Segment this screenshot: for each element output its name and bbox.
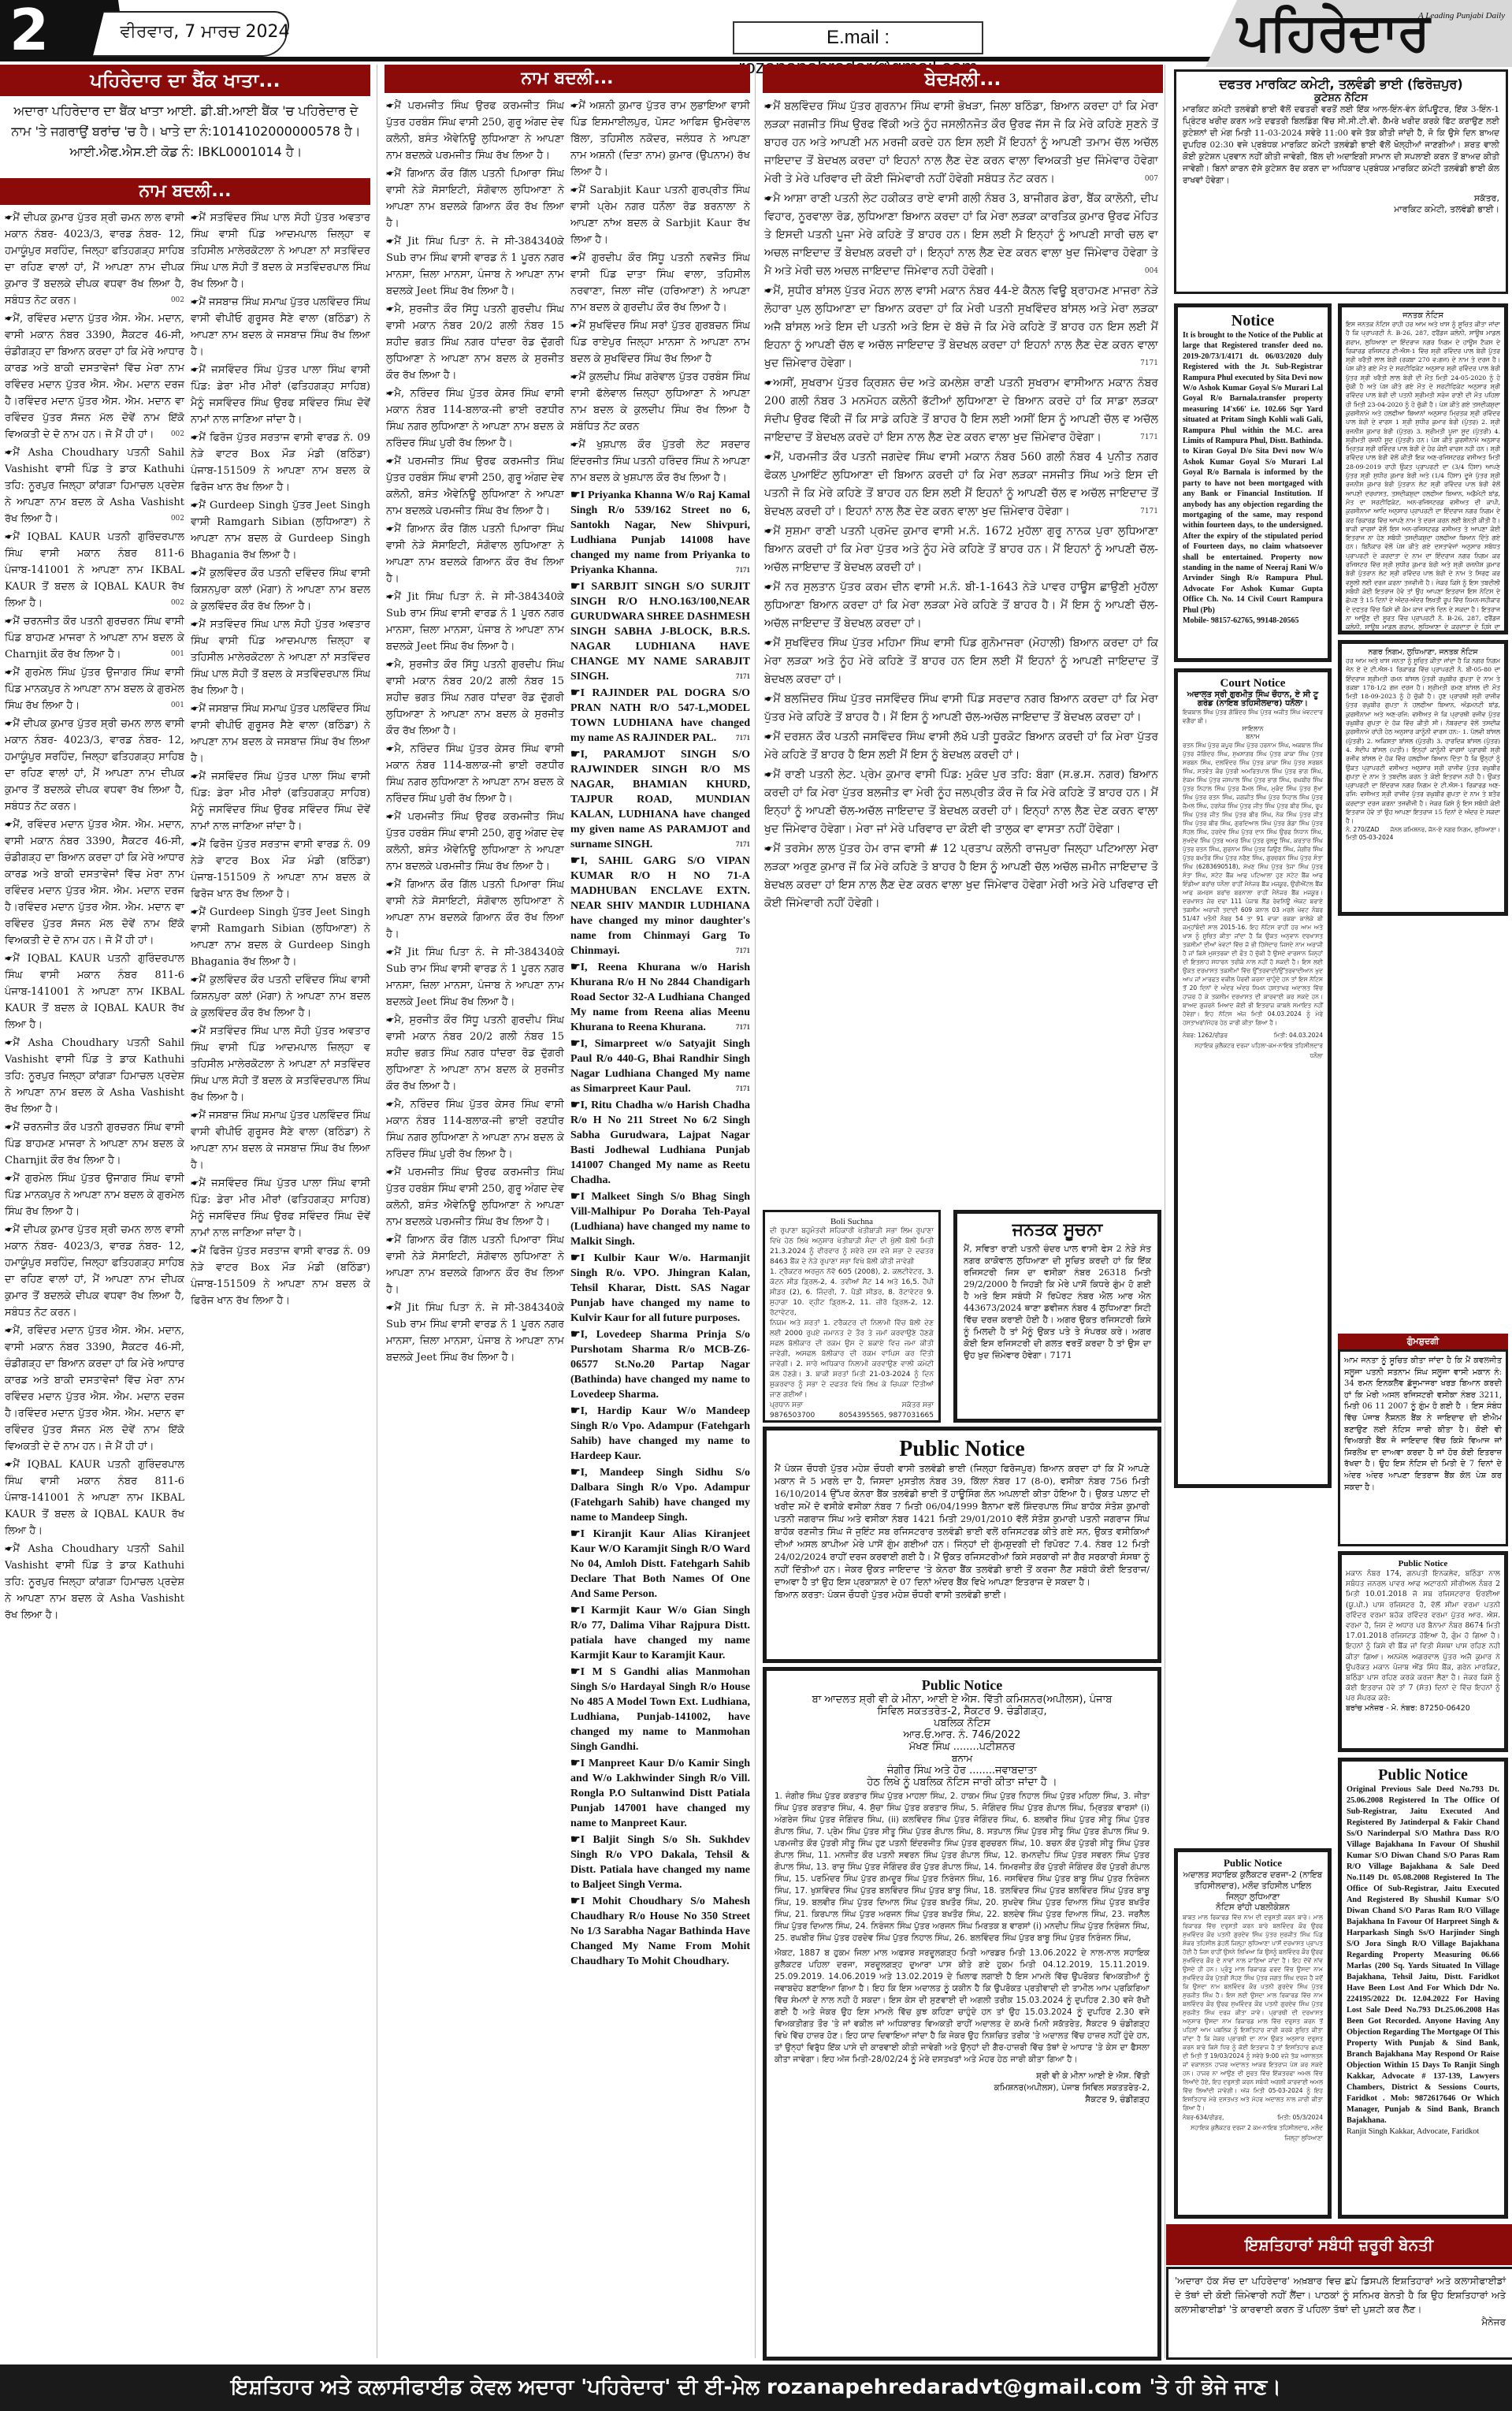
petitioner-label: ਸਾਇਲਾਨ <box>1183 725 1323 733</box>
notice-items: 1. ਟ੍ਰੈਕਟਰ ਅਰਜੁਨ ਨੋਵੋ 605 (2008), 2. ਕਲਟ… <box>770 1267 934 1319</box>
quotation-notice: ਦਫਤਰ ਮਾਰਕਿਟ ਕਮੇਟੀ, ਤਲਵੰਡੀ ਭਾਈ (ਫਿਰੋਜ਼ਪੁਰ… <box>1174 69 1508 294</box>
list-item: ਮੈਂ ਗੁਰਮੇਲ ਸਿੰਘ ਪੁੱਤਰ ਉਜਾਗਰ ਸਿੰਘ ਵਾਸੀ ਪਿ… <box>5 1170 184 1220</box>
list-item: I, SAHIL GARG S/O VIPAN KUMAR R/O H NO 7… <box>570 854 750 958</box>
public-notice-pankaj: Public Notice ਮੈਂ ਪੰਕਜ ਚੌਧਰੀ ਪੁੱਤਰ ਮਹੇਸ਼… <box>763 1427 1161 1663</box>
notice-subtitle: ਨੋਟਿਸ ਰਾਂਹੀ ਪਬਲੀਕੇਸ਼ਨ <box>1183 1903 1323 1913</box>
list-item: ਮੈਂ Asha Choudhary ਪਤਨੀ Sahil Vashisht ਵ… <box>5 1541 184 1624</box>
list-item: ਮੈਂ ਦੀਪਕ ਕੁਮਾਰ ਪੁੱਤਰ ਸ਼੍ਰੀ ਚਮਨ ਲਾਲ ਵਾਸੀ … <box>5 210 184 309</box>
newspaper-tagline: A Leading Punjabi Daily <box>1418 11 1505 20</box>
list-item: I, Hardip Kaur W/o Mandeep Singh R/o Vpo… <box>570 1404 750 1464</box>
list-item: ਮੈਂ ਗਿਆਨ ਕੌਰ ਗਿੱਲ ਪਤਨੀ ਪਿਆਰਾ ਸਿੰਘ ਵਾਸੀ ਨ… <box>386 876 564 943</box>
notice-title: Public Notice <box>1346 1559 1500 1568</box>
contact-number: ਬਰਾਂਚ ਮਨੇਜ਼ਰ - ਮੋ. ਨੰਬਰ: 87250-06420 <box>1346 1704 1500 1713</box>
list-item: ਮੈਂ ਗਿਆਨ ਕੌਰ ਗਿੱਲ ਪਤਨੀ ਪਿਆਰਾ ਸਿੰਘ ਵਾਸੀ ਨ… <box>386 1232 564 1298</box>
list-item: ਮੈ ਆਸ਼ਾ ਰਾਣੀ ਪਤਨੀ ਲੇਟ ਹਕੀਕਤ ਰਾਏ ਵਾਸੀ ਗਲੀ… <box>764 190 1158 281</box>
notice-signature: Ranjit Singh Kakkar, Advocate, Faridkot <box>1347 2126 1499 2138</box>
contact-email[interactable]: E.mail : rozanapehredar@gmail.com <box>733 21 983 54</box>
bank-account-heading: ਪਹਿਰੇਦਾਰ ਦਾ ਬੈਂਕ ਖਾਤਾ... <box>0 65 370 96</box>
list-item: ਮੈਂ ਜਸਬਾਜ਼ ਸਿੰਘ ਸਮਾਘ ਪੁੱਤਰ ਪਲਵਿੰਦਰ ਸਿੰਘ … <box>191 1107 370 1174</box>
list-item: ਮੈਂ ਸੁਖਵਿੰਦਰ ਸਿੰਘ ਸਰਾਂ ਪੁੱਤਰ ਗੁਰਬਚਨ ਸਿੰਘ… <box>570 318 750 367</box>
list-item: ਮੈਂ ਚਰਨਜੀਤ ਕੌਰ ਪਤਨੀ ਗੁਰਚਰਨ ਸਿੰਘ ਵਾਸੀ ਪਿੰ… <box>5 1119 184 1169</box>
list-item: ਮੈਂ ਨਰ ਸੁਲਤਾਨ ਪੁੱਤਰ ਕਰਮ ਦੀਨ ਵਾਸੀ ਮ.ਨੰ. ਬ… <box>764 579 1158 633</box>
notice-mobile: Mobile- 98157-62765, 99148-20565 <box>1183 616 1323 626</box>
list-item: I Manpreet Kaur D/o Kamir Singh and W/o … <box>570 1756 750 1831</box>
list-item: ਮੈਂ ਦੀਪਕ ਕੁਮਾਰ ਪੁੱਤਰ ਸ਼੍ਰੀ ਚਮਨ ਲਾਲ ਵਾਸੀ … <box>5 1222 184 1321</box>
column-divider <box>377 65 377 2358</box>
list-item: ਮੈਂ Asha Choudhary ਪਤਨੀ Sahil Vashisht ਵ… <box>5 1035 184 1118</box>
notice-sign: ਜੋਨਲ ਕਮਿਸ਼ਨਰ, ਜੋਨ-ਏ ਨਗਰ ਨਿਗਮ, ਲੁਧਿਆਣਾ। <box>1390 826 1500 834</box>
notice-title: Boli Suchna <box>770 1217 934 1226</box>
notice-terms: ਨਿਯਮ ਅਤੇ ਸ਼ਰਤਾਂ 1. ਟਰੈਕਟਰ ਦੀ ਨਿਲਾਮੀ ਵਿੱਚ… <box>770 1319 934 1401</box>
list-item: ਮੈ, ਨਰਿੰਦਰ ਸਿੰਘ ਪੁੱਤਰ ਕੇਸਰ ਸਿੰਘ ਵਾਸੀ ਮਕਾ… <box>386 741 564 807</box>
list-item: I Malkeet Singh S/o Bhag Singh Vill-Malh… <box>570 1189 750 1249</box>
list-item: I RAJINDER PAL DOGRA S/O PRAN NATH R/O 5… <box>570 686 750 746</box>
list-item: ਮੈਂ ਬਲਵਿੰਦਰ ਸਿੰਘ ਪੁੱਤਰ ਗੁਰਨਾਮ ਸਿੰਘ ਵਾਸੀ … <box>764 98 1158 188</box>
name-change-left-list: ਮੈਂ ਦੀਪਕ ਕੁਮਾਰ ਪੁੱਤਰ ਸ਼੍ਰੀ ਚਮਨ ਲਾਲ ਵਾਸੀ … <box>5 210 184 2353</box>
list-item: ਮੈਂ Asha Choudhary ਪਤਨੀ Sahil Vashisht ਵ… <box>5 445 184 527</box>
notice-body: ਮਾਰਕਿਟ ਕਮੇਟੀ ਤਲਵੰਡੀ ਭਾਈ ਵੱਲੋਂ ਦਫਤਰੀ ਵਰਤੋ… <box>1183 104 1499 187</box>
notice-signature: ਸਹਾਇਕ ਕੁਲੈਕਟਰ ਦਰਜਾ ਪਹਿਲਾ-ਕਮ-ਨਾਇਬ ਤਹਿਸੀਲਦ… <box>1183 1040 1323 1061</box>
notice-date: ਮਿਤੀ: 04.03.2024 <box>1274 1030 1323 1040</box>
bank-account-body: ਅਦਾਰਾ ਪਹਿਰੇਦਾਰ ਦਾ ਬੈਂਕ ਖਾਤਾ ਆਈ. ਡੀ.ਬੀ.ਆਈ… <box>6 101 366 162</box>
list-item: I M S Gandhi alias Manmohan Singh S/o Ha… <box>570 1665 750 1754</box>
name-change-left-list-col2: ਮੈਂ ਸਤਵਿੰਦਰ ਸਿੰਘ ਪਾਲ ਸੋਹੀ ਪੁੱਤਰ ਅਵਤਾਰ ਸਿ… <box>191 210 370 2353</box>
list-item: I, Ritu Chadha w/o Harish Chadha R/o H N… <box>570 1098 750 1188</box>
name-change-center-list-col2: ਮੈਂ ਅਸ਼ਨੀ ਕੁਮਾਰ ਪੁੱਤਰ ਰਾਮ ਲੁਭਾਇਆ ਵਾਸੀ ਪਿ… <box>570 98 750 2352</box>
notice-date: ਮਿਤੀ: 05/3/2024 <box>1277 2112 1323 2123</box>
list-item: ਮੈਂ Jit ਸਿੰਘ ਪਿਤਾ ਨੰ. ਜੇ ਸੀ-384340ਕੇ Sub… <box>386 944 564 1010</box>
notice-body: ਮਕਾਨ ਨੰਬਰ 174, ਗਨਪਤੀ ਇਨਕਲੇਵ, ਬਠਿੰਡਾ ਨਾਲ … <box>1346 1568 1500 1704</box>
list-item: ਮੈਂ Jit ਸਿੰਘ ਪਿਤਾ ਨੰ. ਜੇ ਸੀ-384340ਕੇ Sub… <box>386 233 564 300</box>
notice-title: Court Notice <box>1183 677 1323 690</box>
name-change-left-heading: ਨਾਮ ਬਦਲੀ... <box>0 178 370 205</box>
list-item: ਮੈ, ਸੁਰਜੀਤ ਕੌਰ ਸਿੱਧੂ ਪਤਨੀ ਗੁਰਦੀਪ ਸਿੰਘ ਵਾ… <box>386 657 564 739</box>
list-item: ਮੈਂ IQBAL KAUR ਪਤਨੀ ਗੁਰਿੰਦਰਪਾਲ ਸਿੰਘ ਵਾਸੀ… <box>5 529 184 612</box>
public-notice-bajakhana: Public Notice Original Previous Sale Dee… <box>1338 1758 1508 2219</box>
column-divider <box>1165 65 1165 2358</box>
list-item: ਮੈਂ ਜਸਵਿੰਦਰ ਸਿੰਘ ਪੁੱਤਰ ਪਾਲਾ ਸਿੰਘ ਵਾਸੀ ਪਿ… <box>191 362 370 428</box>
reference: ਨੰਬਰ-634/ਰੀਡਰ, <box>1183 2112 1224 2123</box>
notice-body: ਮੈਂ, ਸਵਿਤਾ ਰਾਣੀ ਪਤਨੀ ਚੰਦਰ ਪਾਲ ਵਾਸੀ ਫੇਸ 2… <box>964 1243 1151 1361</box>
notice-body: ਮੈਂ ਪੰਕਜ ਚੌਧਰੀ ਪੁੱਤਰ ਮਹੇਸ਼ ਚੌਧਰੀ ਵਾਸੀ ਤਲ… <box>775 1462 1150 1588</box>
masthead-rule <box>0 57 1229 61</box>
notice-title: Public Notice <box>775 1437 1150 1462</box>
sign-right: ਸਕੱਤਰ ਸਭਾ <box>902 1401 934 1411</box>
issue-date: ਵੀਰਵਾਰ, 7 ਮਾਰਚ 2024 <box>118 22 292 42</box>
notice-body: Original Previous Sale Deed No.793 Dt. 2… <box>1347 1784 1499 2126</box>
list-item: ਮੈਂ ਸੁਸ਼ਮਾ ਰਾਣੀ ਪਤਨੀ ਪ੍ਰਮੋਦ ਕੁਮਾਰ ਵਾਸੀ ਮ… <box>764 523 1158 577</box>
list-item: ਮੈ, ਸੁਰਜੀਤ ਕੌਰ ਸਿੱਧੂ ਪਤਨੀ ਗੁਰਦੀਪ ਸਿੰਘ ਵਾ… <box>386 301 564 384</box>
notice-title: ਜਨਤਕ ਨੋਟਿਸ <box>1346 311 1500 320</box>
notice-title: ਨਗਰ ਨਿਗਮ, ਲੁਧਿਆਣਾ, ਜਨਤਕ ਨੋਟਿਸ <box>1346 648 1500 657</box>
list-item: ਮੈਂ ਬਲਜਿੰਦਰ ਸਿੰਘ ਪੁੱਤਰ ਜਸਵਿੰਦਰ ਸਿੰਘ ਵਾਸੀ… <box>764 690 1158 727</box>
court-name: ਅਦਾਲਤ ਸਹਾਇਕ ਕੁਲੈਕਟਰ ਦਰਜਾ-2 (ਨਾਇਬ ਤਹਿਸੀਲਦ… <box>1183 1870 1323 1903</box>
list-item: ਮੈਂ ਪਰਮਜੀਤ ਸਿੰਘ ਉਰਫ ਕਰਮਜੀਤ ਸਿੰਘ ਪੁੱਤਰ ਹਰ… <box>386 453 564 519</box>
notice-english: Notice It is brought to the Notice of th… <box>1174 303 1332 662</box>
notice-date: ਮਿਤੀ 05-03-2024 <box>1346 834 1500 842</box>
list-item: ਮੈਂ, ਪਰਮਜੀਤ ਕੌਰ ਪਤਨੀ ਜਗਦੇਵ ਸਿੰਘ ਵਾਸੀ ਮਕਾ… <box>764 448 1158 521</box>
notice-title: Public Notice <box>1347 1766 1499 1784</box>
list-item: I Baljit Singh S/o Sh. Sukhdev Singh R/o… <box>570 1832 750 1892</box>
court-address: ਸਿਵਿਲ ਸਕਤਤਰੇਤ-2, ਸੈਕਟਰ 9. ਚੰਡੀਗੜ੍ਹ, <box>775 1706 1150 1717</box>
notice-signature: ਬਿਆਨ ਕਰਤਾ: ਪੰਕਜ ਚੌਧਰੀ ਪੁੱਤਰ ਮਹੇਸ਼ ਚੌਧਰੀ … <box>775 1588 1150 1601</box>
list-item: ਮੈ, ਨਰਿੰਦਰ ਸਿੰਘ ਪੁੱਤਰ ਕੇਸਰ ਸਿੰਘ ਵਾਸੀ ਮਕਾ… <box>386 385 564 452</box>
list-item: ਮੈਂ ਜਸਬਾਜ਼ ਸਿੰਘ ਸਮਾਘ ਪੁੱਤਰ ਪਲਵਿੰਦਰ ਸਿੰਘ … <box>191 701 370 767</box>
notice-subtitle: ਪਬਲਿਕ ਨੋਟਿਸ <box>775 1717 1150 1729</box>
list-item: ਮੈਂ ਪਰਮਜੀਤ ਸਿੰਘ ਉਰਫ ਕਰਮਜੀਤ ਸਿੰਘ ਪੁੱਤਰ ਹਰ… <box>386 809 564 875</box>
list-item: ਮੈ, ਸੁਰਜੀਤ ਕੌਰ ਸਿੱਧੂ ਪਤਨੀ ਗੁਰਦੀਪ ਸਿੰਘ ਵਾ… <box>386 1012 564 1095</box>
list-item: ਮੈਂ ਪਰਮਜੀਤ ਸਿੰਘ ਉਰਫ ਕਰਮਜੀਤ ਸਿੰਘ ਪੁੱਤਰ ਹਰ… <box>386 1164 564 1230</box>
versus: ਬਨਾਮ <box>1183 733 1323 741</box>
list-item: ਮੈਂ Jit ਸਿੰਘ ਪਿਤਾ ਨੰ. ਜੇ ਸੀ-384340ਕੇ Sub… <box>386 1300 564 1366</box>
list-item: ਮੈਂ ਅਸ਼ਨੀ ਕੁਮਾਰ ਪੁੱਤਰ ਰਾਮ ਲੁਭਾਇਆ ਵਾਸੀ ਪਿ… <box>570 98 750 180</box>
list-item: I, PARAMJOT SINGH S/O RAJWINDER SINGH R/… <box>570 747 750 852</box>
versus: ਬਨਾਮ <box>775 1753 1150 1765</box>
list-item: ਮੈਂ ਗੁਰਦੀਪ ਕੌਰ ਸਿੱਧੂ ਪਤਨੀ ਨਵਜੋਤ ਸਿੰਘ ਵਾਸ… <box>570 250 750 316</box>
list-item: ਮੈ, ਨਰਿੰਦਰ ਸਿੰਘ ਪੁੱਤਰ ਕੇਸਰ ਸਿੰਘ ਵਾਸੀ ਮਕਾ… <box>386 1096 564 1163</box>
respondent: ਜੰਗੀਰ ਸਿੰਘ ਅਤੇ ਹੋਰ ........ਜਵਾਬਦਾਤਾ <box>775 1765 1150 1777</box>
list-item: ਮੈਂ ਫਿਰੋਜ ਪੁੱਤਰ ਸਰਤਾਜ ਵਾਸੀ ਵਾਰਡ ਨੰ. 09 ਨ… <box>191 1243 370 1309</box>
notice-title: Notice <box>1183 312 1323 330</box>
list-item: ਮੈਂ ਸੁਖਵਿੰਦਰ ਸਿੰਘ ਪੁੱਤਰ ਮਹਿਮਾ ਸਿੰਘ ਵਾਸੀ … <box>764 634 1158 689</box>
list-item: ਮੈਂ, ਸੁਧੀਰ ਬਾਂਸਲ ਪੁੱਤਰ ਮੋਹਨ ਲਾਲ ਵਾਸੀ ਮਕਾ… <box>764 282 1158 373</box>
notice-body: 'ਅਦਾਰਾ ਹੱਕ ਸੱਚ ਦਾ ਪਹਿਰੇਦਾਰ' ਅਖ਼ਬਾਰ ਵਿਚ ਛ… <box>1175 2274 1506 2316</box>
phone-left: 9876503700 <box>770 1411 815 1421</box>
name-change-center-heading: ਨਾਮ ਬਦਲੀ... <box>385 65 750 93</box>
list-item: ਮੈਂ ਤਰਸੇਮ ਲਾਲ ਪੁੱਤਰ ਹੇਮ ਰਾਜ ਵਾਸੀ # 12 ਪ੍… <box>764 840 1158 913</box>
list-item: ਮੈਂ ਕੁਲਵਿੰਦਰ ਕੌਰ ਪਤਨੀ ਦਵਿੰਦਰ ਸਿੰਘ ਵਾਸੀ ਕ… <box>191 565 370 615</box>
column-divider <box>755 65 756 2358</box>
phone-right: 8054395565, 9877031665 <box>839 1411 934 1421</box>
petitioner: ਮੱਖਣ ਸਿੰਘ ........ਪਟੀਸ਼ਨਰ <box>775 1741 1150 1753</box>
notice-signature: ਸ਼੍ਰੀ ਵੀ ਕੇ ਮੀਨਾ ਆਈ ਏ ਐਸ. ਵਿੱਤੀ ਕਮਿਸ਼ਨਰ(… <box>992 2071 1150 2106</box>
notice-title: Public Notice <box>1183 1857 1323 1870</box>
public-information-notice: ਜਨਤਕ ਸੂਚਨਾ ਮੈਂ, ਸਵਿਤਾ ਰਾਣੀ ਪਤਨੀ ਚੰਦਰ ਪਾਲ… <box>953 1210 1161 1423</box>
list-item: I Kulbir Kaur W/o. Harmanjit Singh R/o. … <box>570 1251 750 1326</box>
list-item: ਮੈਂ ਸਤਵਿੰਦਰ ਸਿੰਘ ਪਾਲ ਸੋਹੀ ਪੁੱਤਰ ਅਵਤਾਰ ਸਿ… <box>191 616 370 699</box>
name-change-center-list: ਮੈਂ ਪਰਮਜੀਤ ਸਿੰਘ ਉਰਫ ਕਰਮਜੀਤ ਸਿੰਘ ਪੁੱਤਰ ਹਰ… <box>386 98 564 2352</box>
notice-intro: ਹੇਠ ਲਿਖੇ ਨੂੰ ਪਬਲਿਕ ਨੋਟਿਸ ਜਾਰੀ ਕੀਤਾ ਜਾਂਦਾ… <box>775 1777 1150 1788</box>
notice-subtitle: ਕੁਟੇਸ਼ਨ ਨੋਟਿਸ <box>1183 92 1499 104</box>
list-item: ਮੈਂ IQBAL KAUR ਪਤਨੀ ਗੁਰਿੰਦਰਪਾਲ ਸਿੰਘ ਵਾਸੀ… <box>5 951 184 1033</box>
ad-disclaimer-heading: ਇਸ਼ਤਿਹਾਰਾਂ ਸਬੰਧੀ ਜ਼ਰੂਰੀ ਬੇਨਤੀ <box>1166 2224 1512 2265</box>
list-item: ਮੈਂ, ਰਵਿੰਦਰ ਮਦਾਨ ਪੁੱਤਰ ਐਸ. ਐਮ. ਮਦਾਨ, ਵਾਸ… <box>5 311 184 443</box>
list-item: ਮੈਂ Sarabjit Kaur ਪਤਨੀ ਗੁਰਪ੍ਰੀਤ ਸਿੰਘ ਵਾਸ… <box>570 182 750 248</box>
public-notice-ganpati: Public Notice ਮਕਾਨ ਨੰਬਰ 174, ਗਨਪਤੀ ਇਨਕਲੇ… <box>1338 1551 1508 1752</box>
reference: ਨੰਬਰ: 1262/ਰੀਡਰ <box>1183 1030 1228 1040</box>
list-item: ਮੈਂ Jit ਸਿੰਘ ਪਿਤਾ ਨੰ. ਜੇ ਸੀ-384340ਕੇ Sub… <box>386 589 564 655</box>
list-item: I, Reena Khurana w/o Harish Khurana R/o … <box>570 960 750 1035</box>
list-item: ਮੈਂ Gurdeep Singh ਪੁੱਤਰ Jeet Singh ਵਾਸੀ … <box>191 497 370 564</box>
public-notice-malaud: Public Notice ਅਦਾਲਤ ਸਹਾਇਕ ਕੁਲੈਕਟਰ ਦਰਜਾ-2… <box>1174 1848 1332 2219</box>
list-item: I Mohit Choudhary S/o Mahesh Chaudhary R… <box>570 1894 750 1969</box>
list-item: I SARBJIT SINGH S/O SURJIT SINGH R/O H.N… <box>570 579 750 684</box>
disinheritance-list: ਮੈਂ ਬਲਵਿੰਦਰ ਸਿੰਘ ਪੁੱਤਰ ਗੁਰਨਾਮ ਸਿੰਘ ਵਾਸੀ … <box>764 98 1158 1209</box>
sign-left: ਪ੍ਰਧਾਨ ਸਭਾ <box>770 1401 803 1411</box>
list-item: ਮੈਂ ਗੁਰਮੇਲ ਸਿੰਘ ਪੁੱਤਰ ਉਜਾਗਰ ਸਿੰਘ ਵਾਸੀ ਪਿ… <box>5 664 184 714</box>
list-item: ਮੈਂ IQBAL KAUR ਪਤਨੀ ਗੁਰਿੰਦਰਪਾਲ ਸਿੰਘ ਵਾਸੀ… <box>5 1457 184 1539</box>
notice-body: ਇਸ ਜਨਤਕ ਨੋਟਿਸ ਰਾਹੀ ਹਰ ਆਮ ਅਤੇ ਖਾਸ ਨੂੰ ਸੂਚ… <box>1346 320 1500 634</box>
reference: ਨੰ. 270/ZAD <box>1346 826 1379 834</box>
list-item: ਮੈਂ ਕੁਲਵਿੰਦਰ ਕੌਰ ਪਤਨੀ ਦਵਿੰਦਰ ਸਿੰਘ ਵਾਸੀ ਕ… <box>191 972 370 1021</box>
notice-title: ਦਫਤਰ ਮਾਰਕਿਟ ਕਮੇਟੀ, ਤਲਵੰਡੀ ਭਾਈ (ਫਿਰੋਜ਼ਪੁਰ… <box>1183 76 1499 92</box>
notice-signature: ਸਹਾਇਕ ਕੁਲੈਕਟਰ ਦਰਜਾ 2 ਕਮ-ਨਾਇਬ ਤਹਿਸੀਲਦਾਰ, … <box>1183 2123 1323 2143</box>
notice-sign-1: ਸਕੱਤਰ, <box>1183 193 1499 204</box>
list-item: ਮੈਂ, ਰਵਿੰਦਰ ਮਦਾਨ ਪੁੱਤਰ ਐਸ. ਐਮ. ਮਦਾਨ, ਵਾਸ… <box>5 817 184 949</box>
notice-body: It is brought to the Notice of the Publi… <box>1183 330 1323 616</box>
court-name: ਅਦਾਲਤ ਸ੍ਰੀ ਗੁਰਮੀਤ ਸਿੰਘ ਚੌਹਾਨ, ਏ ਸੀ ਟੂ ਗਰ… <box>1183 690 1323 708</box>
list-item: ਮੈਂ ਚਰਨਜੀਤ ਕੌਰ ਪਤਨੀ ਗੁਰਚਰਨ ਸਿੰਘ ਵਾਸੀ ਪਿੰ… <box>5 613 184 663</box>
lost-registry-notice: ਆਮ ਜਨਤਾ ਨੂੰ ਸੂਚਿਤ ਕੀਤਾ ਜਾਂਦਾ ਹੈ ਕਿ ਮੈਂ ਕ… <box>1338 1349 1508 1546</box>
disinheritance-heading: ਬੇਦਖ਼ਲੀ... <box>763 65 1163 93</box>
public-notice-court: Public Notice ਬਾ ਆਦਲਤ ਸ਼੍ਰੀ ਵੀ ਕੇ ਮੀਨਾ, … <box>763 1667 1161 2361</box>
list-item: ਮੈਂ ਜਸਬਾਜ਼ ਸਿੰਘ ਸਮਾਘ ਪੁੱਤਰ ਪਲਵਿੰਦਰ ਸਿੰਘ … <box>191 294 370 360</box>
notice-sign-2: ਮਾਰਕਿਟ ਕਮੇਟੀ, ਤਲਵੰਡੀ ਭਾਈ। <box>1183 204 1499 215</box>
list-item: I, Simarpreet w/o Satyajit Singh Paul R/… <box>570 1036 750 1096</box>
list-item: ਮੈਂ Gurdeep Singh ਪੁੱਤਰ Jeet Singh ਵਾਸੀ … <box>191 904 370 970</box>
notice-body: ਹਰ ਆਮ ਅਤੇ ਖਾਸ ਜਨਤਾ ਨੂੰ ਸੂਚਿਤ ਕੀਤਾ ਜਾਂਦਾ … <box>1346 657 1500 826</box>
page-number: 2 <box>9 0 49 63</box>
notice-body: ਦੀ ਰੁਪਾਣਾ ਬਹੁਮੰਤਵੀ ਸਹਿਕਾਰੀ ਖੇਤੀਬਾੜੀ ਸਭਾ … <box>770 1226 934 1267</box>
list-item: ਮੈਂ ਦਰਸ਼ਨ ਕੌਰ ਪਤਨੀ ਜਸਵਿੰਦਰ ਸਿੰਘ ਵਾਸੀ ਲੱਖ… <box>764 728 1158 765</box>
list-item: ਮੈਂ, ਰਵਿੰਦਰ ਮਦਾਨ ਪੁੱਤਰ ਐਸ. ਐਮ. ਮਦਾਨ, ਵਾਸ… <box>5 1323 184 1455</box>
list-item: I Priyanka Khanna W/o Raj Kamal Singh R/… <box>570 488 750 578</box>
notice-title: ਜਨਤਕ ਸੂਚਨਾ <box>964 1220 1151 1240</box>
list-item: ਅਸੀਂ, ਸੁਖਰਾਮ ਪੁੱਤਰ ਕ੍ਰਿਸ਼ਨ ਚੰਦ ਅਤੇ ਕਮਲੇਸ… <box>764 374 1158 447</box>
list-item: ਮੈਂ ਸਤਵਿੰਦਰ ਸਿੰਘ ਪਾਲ ਸੋਹੀ ਪੁੱਤਰ ਅਵਤਾਰ ਸਿ… <box>191 210 370 292</box>
notice-body: ਐਕਟ, 1887 ਬ ਹੁਕਮ ਜਿਲਾ ਮਾਲ ਅਫਸਰ ਸਰਦੂਲਗੜ੍ਹ… <box>775 1948 1150 2066</box>
list-item: ਮੈਂ ਕੁਲਦੀਪ ਸਿੰਘ ਗਰੇਵਾਲ ਪੁੱਤਰ ਹਰਬੰਸ ਸਿੰਘ … <box>570 369 750 435</box>
notice-body: ਆਮ ਜਨਤਾ ਨੂੰ ਸੂਚਿਤ ਕੀਤਾ ਜਾਂਦਾ ਹੈ ਕਿ ਮੈਂ ਕ… <box>1344 1356 1502 1494</box>
list-item: ਮੈਂ ਖੁਸ਼ਪਾਲ ਕੌਰ ਪੁੱਤਰੀ ਲੇਟ ਸਰਦਾਰ ਇੰਦਰਜੀਤ… <box>570 437 750 486</box>
list-item: ਮੈਂ ਪਰਮਜੀਤ ਸਿੰਘ ਉਰਫ ਕਰਮਜੀਤ ਸਿੰਘ ਪੁੱਤਰ ਹਰ… <box>386 98 564 164</box>
list-item: ਮੈਂ ਰਾਣੀ ਪਤਨੀ ਲੇਟ. ਪ੍ਰੇਮ ਕੁਮਾਰ ਵਾਸੀ ਪਿੰਡ… <box>764 766 1158 839</box>
list-item: ਮੈਂ ਜਸਵਿੰਦਰ ਸਿੰਘ ਪੁੱਤਰ ਪਾਲਾ ਸਿੰਘ ਵਾਸੀ ਪਿ… <box>191 768 370 835</box>
list-item: ਮੈਂ ਫਿਰੋਜ ਪੁੱਤਰ ਸਰਤਾਜ ਵਾਸੀ ਵਾਰਡ ਨੰ. 09 ਨ… <box>191 836 370 902</box>
respondent-list: 1. ਜੰਗੀਰ ਸਿੰਘ ਪੁੱਤਰ ਕਰਤਾਰ ਸਿੰਘ ਪੁੱਤਰ ਮਾਹ… <box>775 1791 1150 1944</box>
list-item: ਮੈਂ ਗਿਆਨ ਕੌਰ ਗਿੱਲ ਪਤਨੀ ਪਿਆਰਾ ਸਿੰਘ ਵਾਸੀ ਨ… <box>386 521 564 587</box>
public-notice-ludhiana-b05: ਨਗਰ ਨਿਗਮ, ਲੁਧਿਆਣਾ, ਜਨਤਕ ਨੋਟਿਸ ਹਰ ਆਮ ਅਤੇ … <box>1338 640 1508 916</box>
lost-registry-heading: ਗੁੰਮਸ਼ੁਦਗੀ <box>1338 1334 1508 1349</box>
list-item: ਮੈਂ ਦੀਪਕ ਕੁਮਾਰ ਪੁੱਤਰ ਸ਼੍ਰੀ ਚਮਨ ਲਾਲ ਵਾਸੀ … <box>5 716 184 815</box>
list-item: I Kiranjit Kaur Alias Kiranjeet Kaur W/O… <box>570 1527 750 1602</box>
notice-body: ਬਾਬਤ ਮਾਲ ਰਿਕਾਰਡ ਵਿੱਚ ਨਾਮ ਦੀ ਦਰੁਸਤੀ ਕਰਨ ਬ… <box>1183 1913 1323 2112</box>
court-notice: Court Notice ਅਦਾਲਤ ਸ੍ਰੀ ਗੁਰਮੀਤ ਸਿੰਘ ਚੌਹਾ… <box>1174 668 1332 1488</box>
notice-signature: ਮੈਨੇਜਰ <box>1175 2316 1506 2328</box>
list-item: ਮੈਂ ਸਤਵਿੰਦਰ ਸਿੰਘ ਪਾਲ ਸੋਹੀ ਪੁੱਤਰ ਅਵਤਾਰ ਸਿ… <box>191 1023 370 1106</box>
court-name: ਬਾ ਆਦਲਤ ਸ਼੍ਰੀ ਵੀ ਕੇ ਮੀਨਾ, ਆਈ ਏ ਐਸ. ਵਿੱਤੀ… <box>775 1694 1150 1706</box>
list-item: ਮੈਂ ਜਸਵਿੰਦਰ ਸਿੰਘ ਪੁੱਤਰ ਪਾਲਾ ਸਿੰਘ ਵਾਸੀ ਪਿ… <box>191 1175 370 1241</box>
notice-title: Public Notice <box>775 1677 1150 1694</box>
list-item: I, Mandeep Singh Sidhu S/o Dalbara Singh… <box>570 1465 750 1525</box>
list-item: I, Lovedeep Sharma Prinja S/o Purshotam … <box>570 1327 750 1402</box>
notice-body: ਰਤਨ ਸਿੰਘ ਪੁੱਤਰ ਕਪੂਰ ਸਿੰਘ ਪੁੱਤਰ ਹਰਨਾਮ ਸਿੰ… <box>1183 741 1323 1027</box>
list-item: ਮੈਂ ਫਿਰੋਜ ਪੁੱਤਰ ਸਰਤਾਜ ਵਾਸੀ ਵਾਰਡ ਨੰ. 09 ਨ… <box>191 430 370 496</box>
case-number: ਆਰ.ਓ.ਆਰ. ਨੰ. 746/2022 <box>775 1729 1150 1741</box>
footer-banner: ਇਸ਼ਤਿਹਾਰ ਅਤੇ ਕਲਾਸੀਫਾਈਡ ਕੇਵਲ ਅਦਾਰਾ 'ਪਹਿਰੇ… <box>0 2364 1512 2411</box>
boli-suchna-notice: Boli Suchna ਦੀ ਰੁਪਾਣਾ ਬਹੁਮੰਤਵੀ ਸਹਿਕਾਰੀ ਖ… <box>763 1210 941 1423</box>
petitioner: ਇਕਬਾਲ ਸਿੰਘ ਪੁੱਤਰ ਗੋਬਿੰਦਰ ਸਿੰਘ ਪੁੱਤਰ ਅਜੀਤ… <box>1183 708 1323 725</box>
list-item: ਮੈਂ ਗਿਆਨ ਕੌਰ ਗਿੱਲ ਪਤਨੀ ਪਿਆਰਾ ਸਿੰਘ ਵਾਸੀ ਨ… <box>386 166 564 232</box>
list-item: I Karmjit Kaur W/o Gian Singh R/o 77, Da… <box>570 1603 750 1663</box>
public-notice-ludhiana-b26: ਜਨਤਕ ਨੋਟਿਸ ਇਸ ਜਨਤਕ ਨੋਟਿਸ ਰਾਹੀ ਹਰ ਆਮ ਅਤੇ … <box>1338 303 1508 634</box>
ad-disclaimer-box: 'ਅਦਾਰਾ ਹੱਕ ਸੱਚ ਦਾ ਪਹਿਰੇਦਾਰ' ਅਖ਼ਬਾਰ ਵਿਚ ਛ… <box>1166 2267 1512 2360</box>
